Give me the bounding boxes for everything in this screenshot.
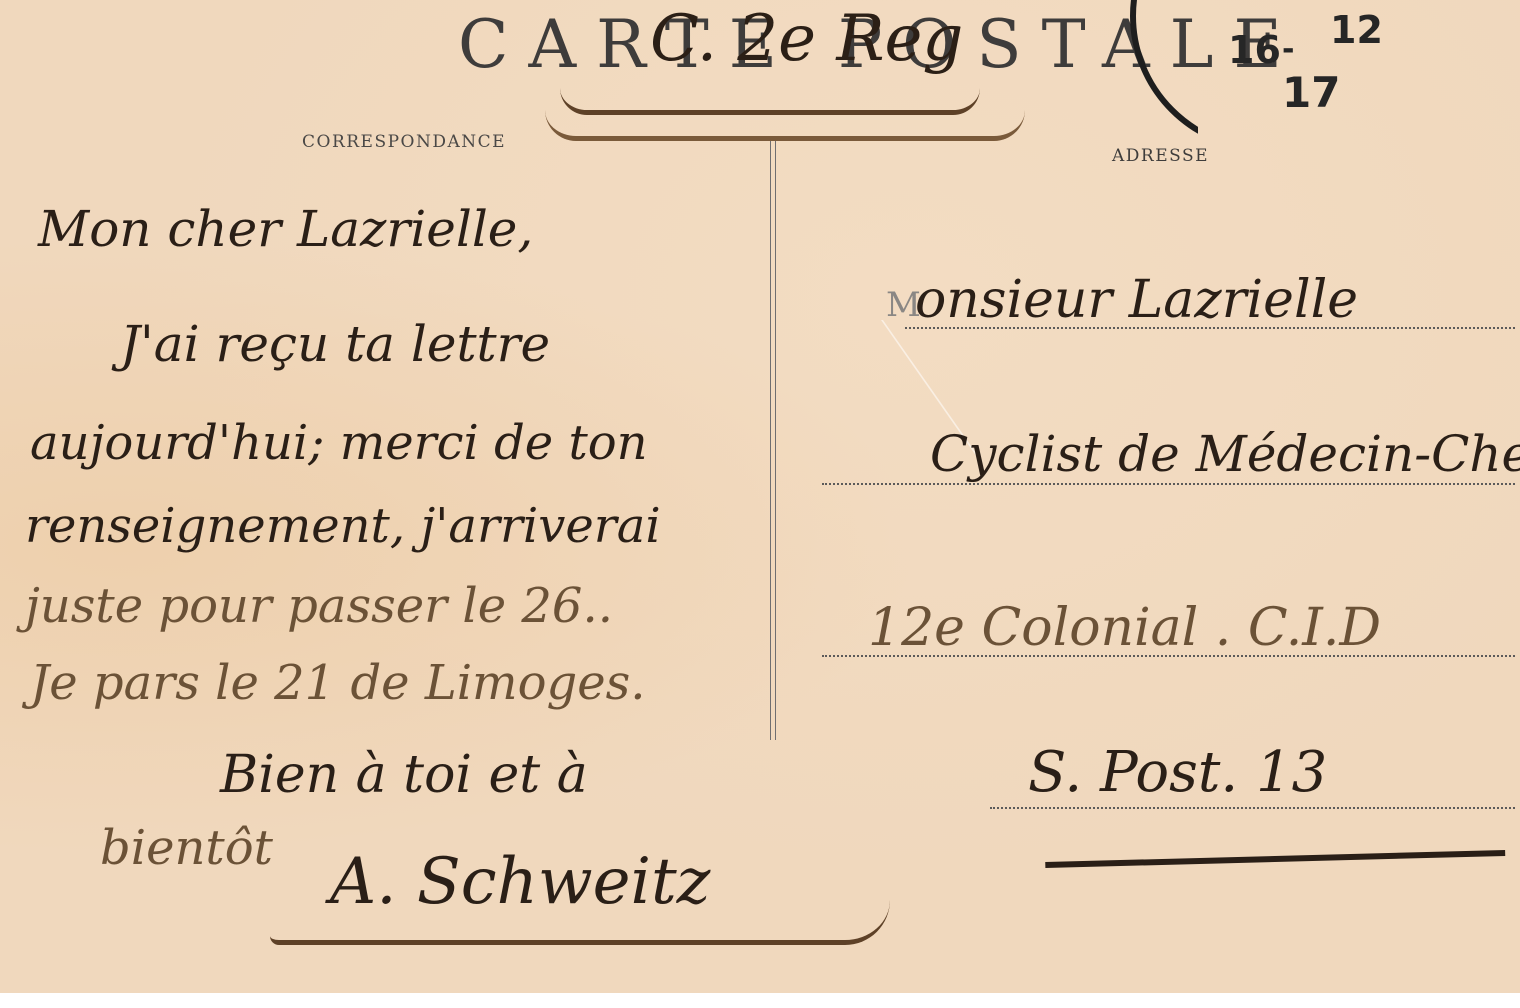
postmark-year: 17 [1282, 68, 1340, 117]
header-annotation: C. 2e Reg [650, 2, 963, 76]
address-position: Cyclist de Médecin-Chef [930, 425, 1520, 483]
address-recipient: onsieur Lazrielle [915, 270, 1358, 330]
address-underline [1045, 832, 1505, 868]
message-line-5: Je pars le 21 de Limoges. [30, 655, 646, 711]
address-line-4 [990, 807, 1515, 809]
message-closing-2: bientôt [100, 820, 273, 876]
message-greeting: Mon cher Lazrielle, [38, 200, 533, 258]
address-heading: ADRESSE [1112, 146, 1209, 166]
postmark-month: 12 [1330, 8, 1383, 52]
center-divider [770, 140, 776, 740]
postmark-day: 16 [1228, 28, 1281, 72]
address-regiment: 12e Colonial . C.I.D [868, 598, 1381, 658]
signature-flourish [270, 900, 890, 945]
address-line-2 [822, 483, 1515, 485]
message-line-2: aujourd'hui; merci de ton [30, 415, 648, 471]
postmark-separator: - [1282, 32, 1294, 67]
message-line-3: renseignement, j'arriverai [25, 498, 661, 554]
postcard-back: CARTE POSTALE CORRESPONDANCE ADRESSE C. … [0, 0, 1520, 993]
title-flourish-lower [545, 110, 1025, 141]
correspondence-heading: CORRESPONDANCE [302, 132, 506, 152]
address-postal-sector: S. Post. 13 [1028, 740, 1327, 805]
message-line-4: juste pour passer le 26.. [25, 578, 613, 634]
message-closing-1: Bien à toi et à [220, 745, 588, 805]
message-line-1: J'ai reçu ta lettre [120, 315, 550, 373]
